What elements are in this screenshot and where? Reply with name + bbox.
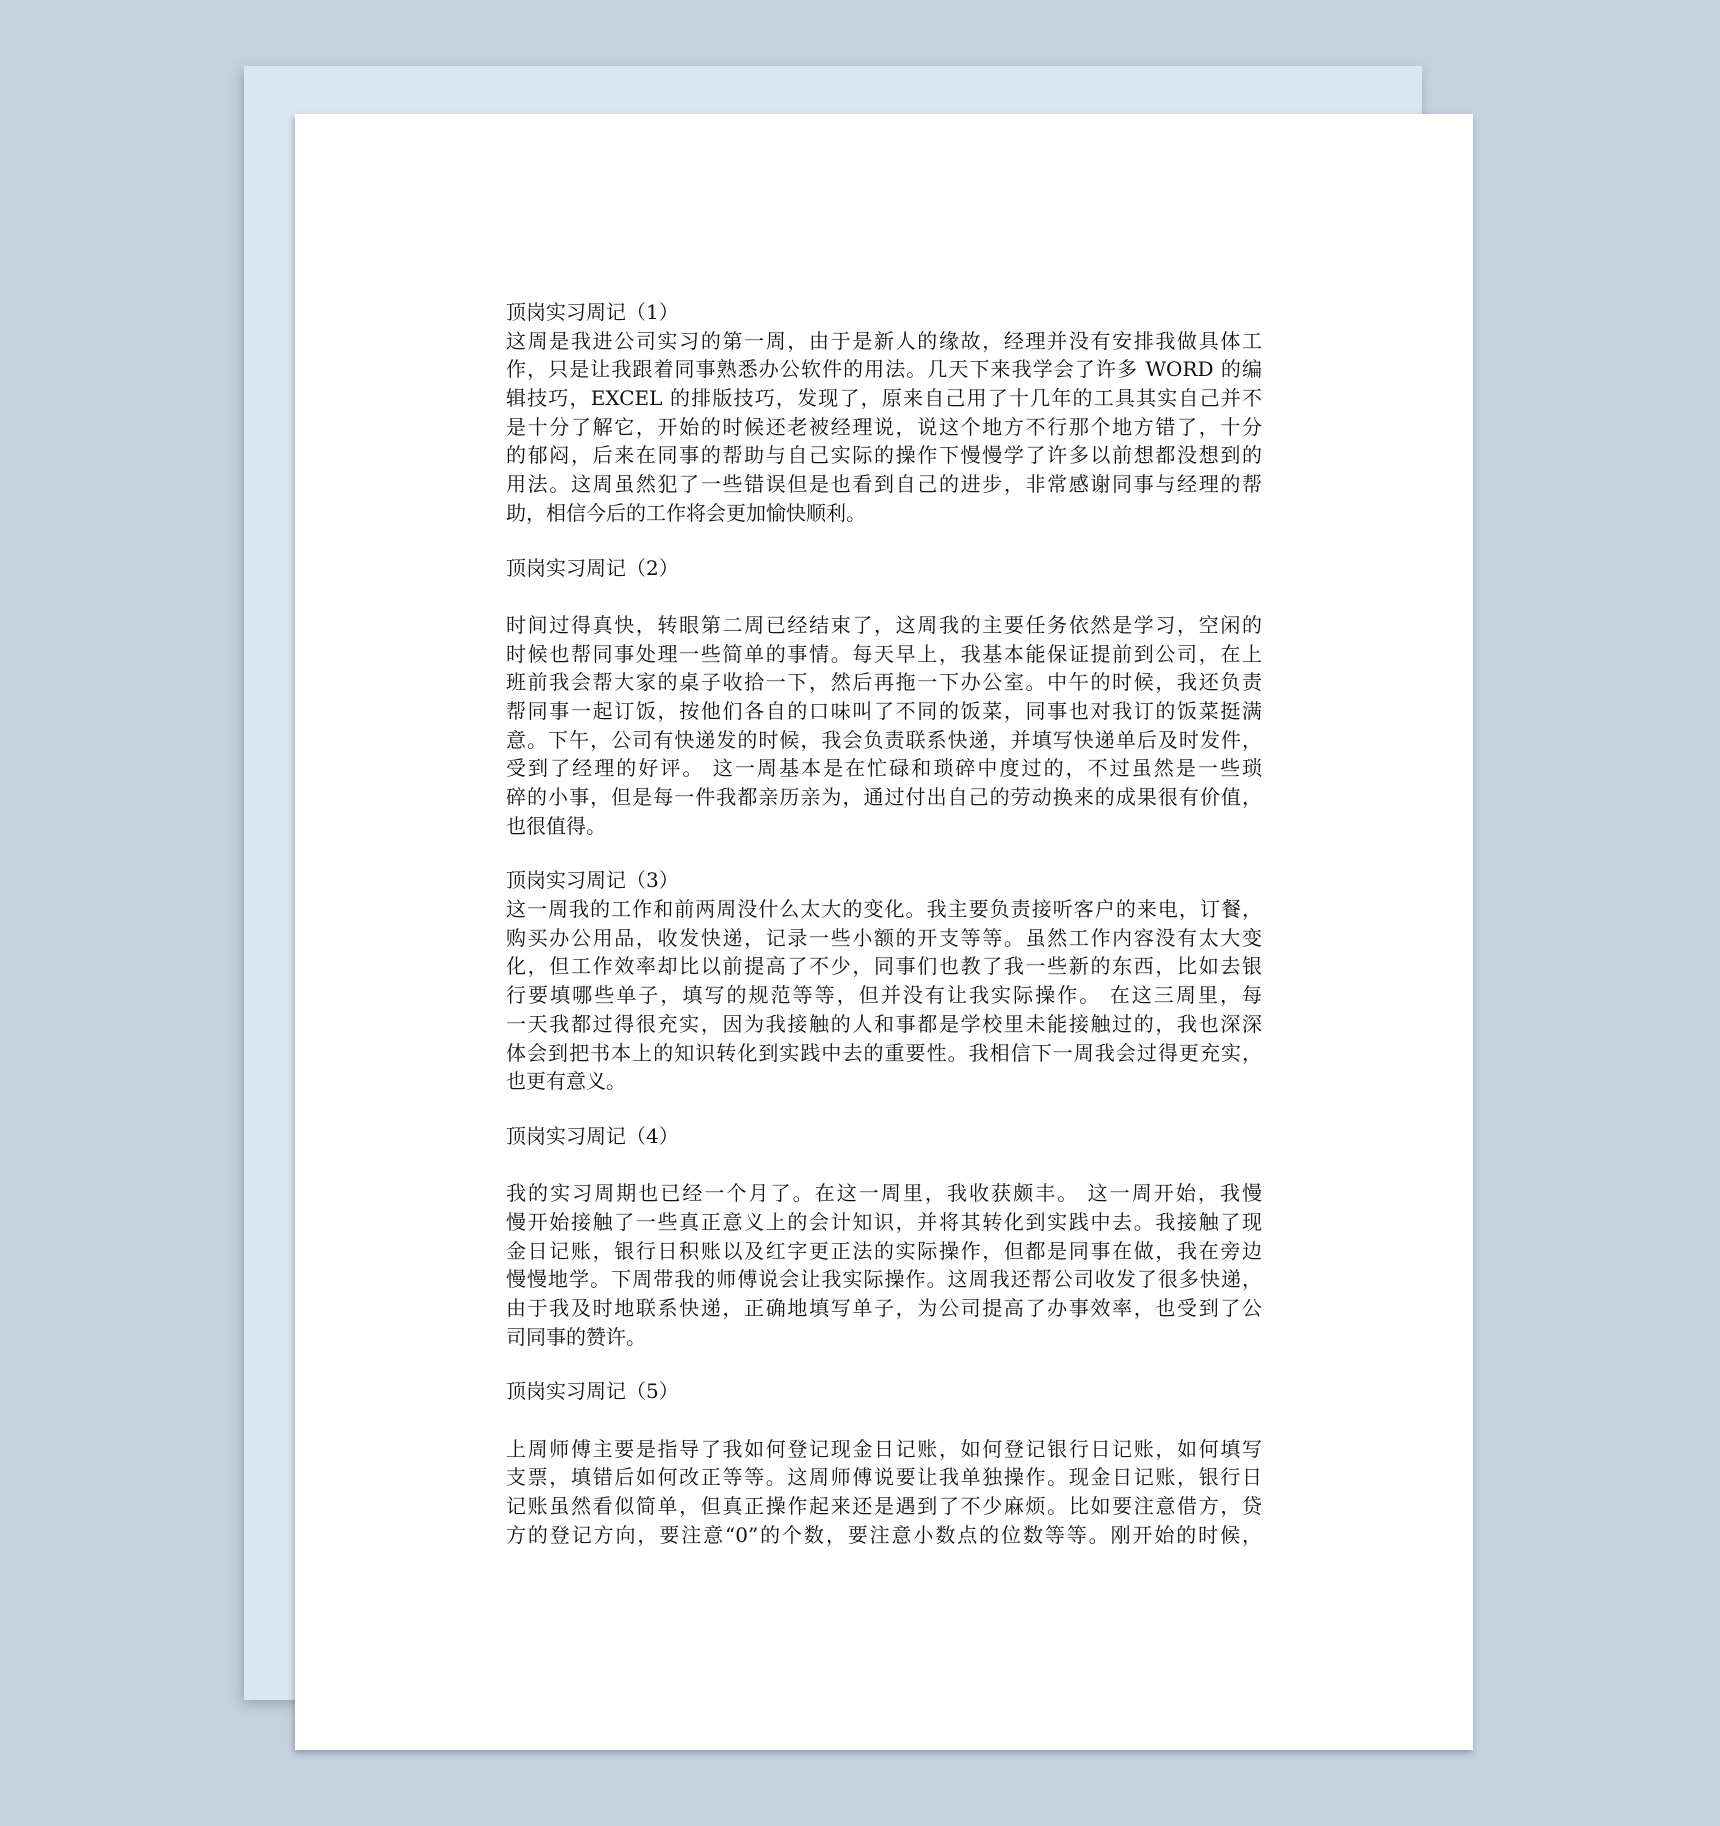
journal-entry-3: 顶岗实习周记（3） 这一周我的工作和前两周没什么太大的变化。我主要负责接听客户的… xyxy=(506,866,1262,1096)
entry-title: 顶岗实习周记（2） xyxy=(506,554,1262,583)
entry-line: 体会到把书本上的知识转化到实践中去的重要性。我相信下一周我会过得更充实， xyxy=(506,1039,1262,1068)
section-spacer xyxy=(506,1096,1262,1122)
blank-line xyxy=(506,1406,1262,1435)
entry-line: 是十分了解它，开始的时候还老被经理说，说这个地方不行那个地方错了，十分 xyxy=(506,413,1262,442)
entry-title: 顶岗实习周记（4） xyxy=(506,1122,1262,1151)
entry-line: 方的登记方向，要注意“0”的个数，要注意小数点的位数等等。刚开始的时候， xyxy=(506,1521,1262,1550)
entry-line: 司同事的赞许。 xyxy=(506,1323,1262,1352)
entry-line: 一天我都过得很充实，因为我接触的人和事都是学校里未能接触过的，我也深深 xyxy=(506,1010,1262,1039)
entry-title: 顶岗实习周记（1） xyxy=(506,298,1262,327)
document-content: 顶岗实习周记（1） 这周是我进公司实习的第一周，由于是新人的缘故，经理并没有安排… xyxy=(506,298,1262,1550)
entry-line: 行要填哪些单子，填写的规范等等，但并没有让我实际操作。 在这三周里，每 xyxy=(506,981,1262,1010)
entry-line: 这一周我的工作和前两周没什么太大的变化。我主要负责接听客户的来电，订餐， xyxy=(506,895,1262,924)
journal-entry-4: 顶岗实习周记（4） 我的实习周期也已经一个月了。在这一周里，我收获颇丰。 这一周… xyxy=(506,1122,1262,1352)
section-spacer xyxy=(506,840,1262,866)
entry-line: 化，但工作效率却比以前提高了不少，同事们也教了我一些新的东西，比如去银 xyxy=(506,952,1262,981)
entry-line: 记账虽然看似简单，但真正操作起来还是遇到了不少麻烦。比如要注意借方，贷 xyxy=(506,1492,1262,1521)
entry-line: 由于我及时地联系快递，正确地填写单子，为公司提高了办事效率，也受到了公 xyxy=(506,1294,1262,1323)
journal-entry-2: 顶岗实习周记（2） 时间过得真快，转眼第二周已经结束了，这周我的主要任务依然是学… xyxy=(506,554,1262,841)
entry-line: 购买办公用品，收发快递，记录一些小额的开支等等。虽然工作内容没有太大变 xyxy=(506,924,1262,953)
journal-entry-5: 顶岗实习周记（5） 上周师傅主要是指导了我如何登记现金日记账，如何登记银行日记账… xyxy=(506,1377,1262,1549)
document-page: 顶岗实习周记（1） 这周是我进公司实习的第一周，由于是新人的缘故，经理并没有安排… xyxy=(295,114,1473,1750)
section-spacer xyxy=(506,1351,1262,1377)
section-spacer xyxy=(506,528,1262,554)
blank-line xyxy=(506,582,1262,611)
entry-line: 助，相信今后的工作将会更加愉快顺利。 xyxy=(506,499,1262,528)
entry-line: 辑技巧，EXCEL 的排版技巧，发现了，原来自己用了十几年的工具其实自己并不 xyxy=(506,384,1262,413)
entry-title: 顶岗实习周记（3） xyxy=(506,866,1262,895)
blank-line xyxy=(506,1151,1262,1180)
entry-line: 也很值得。 xyxy=(506,812,1262,841)
entry-line: 支票，填错后如何改正等等。这周师傅说要让我单独操作。现金日记账，银行日 xyxy=(506,1463,1262,1492)
entry-line: 碎的小事，但是每一件我都亲历亲为，通过付出自己的劳动换来的成果很有价值， xyxy=(506,783,1262,812)
entry-line: 金日记账，银行日积账以及红字更正法的实际操作，但都是同事在做，我在旁边 xyxy=(506,1237,1262,1266)
entry-line: 班前我会帮大家的桌子收拾一下，然后再拖一下办公室。中午的时候，我还负责 xyxy=(506,668,1262,697)
entry-line: 的郁闷，后来在同事的帮助与自己实际的操作下慢慢学了许多以前想都没想到的 xyxy=(506,441,1262,470)
entry-line: 时候也帮同事处理一些简单的事情。每天早上，我基本能保证提前到公司，在上 xyxy=(506,640,1262,669)
entry-line: 慢开始接触了一些真正意义上的会计知识，并将其转化到实践中去。我接触了现 xyxy=(506,1208,1262,1237)
entry-line: 上周师傅主要是指导了我如何登记现金日记账，如何登记银行日记账，如何填写 xyxy=(506,1435,1262,1464)
entry-line: 我的实习周期也已经一个月了。在这一周里，我收获颇丰。 这一周开始，我慢 xyxy=(506,1179,1262,1208)
entry-line: 帮同事一起订饭，按他们各自的口味叫了不同的饭菜，同事也对我订的饭菜挺满 xyxy=(506,697,1262,726)
entry-line: 这周是我进公司实习的第一周，由于是新人的缘故，经理并没有安排我做具体工 xyxy=(506,327,1262,356)
entry-line: 意。下午，公司有快递发的时候，我会负责联系快递，并填写快递单后及时发件， xyxy=(506,726,1262,755)
entry-line: 时间过得真快，转眼第二周已经结束了，这周我的主要任务依然是学习，空闲的 xyxy=(506,611,1262,640)
entry-line: 受到了经理的好评。 这一周基本是在忙碌和琐碎中度过的，不过虽然是一些琐 xyxy=(506,754,1262,783)
entry-line: 慢慢地学。下周带我的师傅说会让我实际操作。这周我还帮公司收发了很多快递， xyxy=(506,1265,1262,1294)
entry-title: 顶岗实习周记（5） xyxy=(506,1377,1262,1406)
journal-entry-1: 顶岗实习周记（1） 这周是我进公司实习的第一周，由于是新人的缘故，经理并没有安排… xyxy=(506,298,1262,528)
entry-line: 作，只是让我跟着同事熟悉办公软件的用法。几天下来我学会了许多 WORD 的编 xyxy=(506,355,1262,384)
entry-line: 用法。这周虽然犯了一些错误但是也看到自己的进步，非常感谢同事与经理的帮 xyxy=(506,470,1262,499)
entry-line: 也更有意义。 xyxy=(506,1067,1262,1096)
